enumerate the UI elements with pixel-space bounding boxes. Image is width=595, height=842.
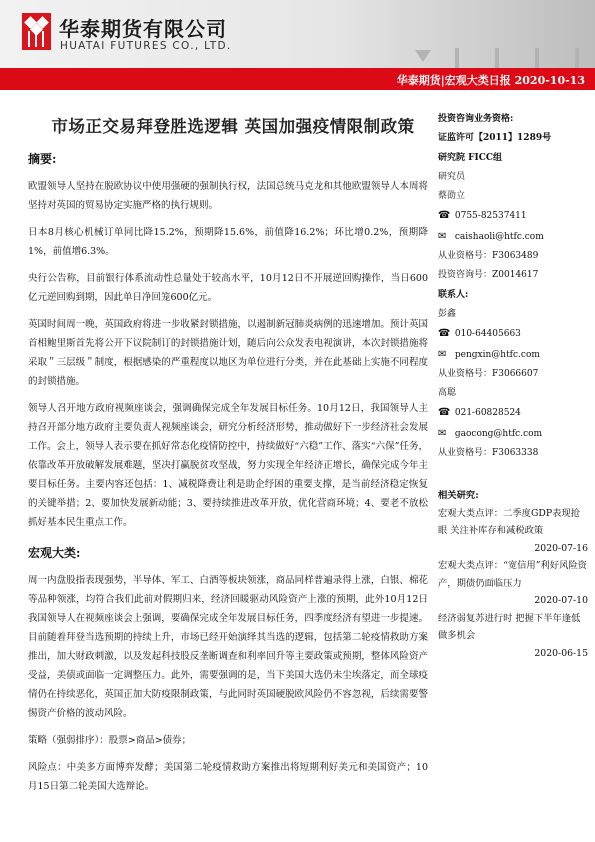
phone-icon: ☎ (438, 206, 452, 225)
macro-paragraph: 周一内盘股指表现强势，半导体、军工、白酒等板块领涨，商品同样普遍录得上涨，白银、… (28, 571, 428, 723)
research-group: 研究院 FICC组 (438, 149, 588, 168)
huatai-logo-icon (22, 13, 51, 50)
researcher-consult-no: 投资咨询号：Z0014617 (438, 266, 588, 285)
researcher-practice-no: 从业资格号：F3063489 (438, 247, 588, 266)
researcher-name: 蔡劭立 (438, 187, 588, 206)
header-decoration-icon (395, 40, 595, 68)
related-research: 相关研究: 宏观大类点评：二季度GDP表现抢眼 关注补库存和减税政策 2020-… (438, 487, 588, 662)
summary-paragraph: 欧盟领导人坚持在脱欧协议中使用强硬的强制执行权，法国总统马克龙和其他欧盟领导人本… (28, 177, 428, 215)
related-item-title[interactable]: 宏观大类点评：二季度GDP表现抢眼 关注补库存和减税政策 (438, 505, 588, 540)
summary-paragraph: 领导人召开地方政府视频座谈会，强调确保完成全年发展目标任务。10月12日，我国领… (28, 399, 428, 532)
related-item-title[interactable]: 经济弱复苏进行时 把握下半年逢低做多机会 (438, 610, 588, 645)
phone-icon: ☎ (438, 324, 452, 343)
contact-practice-no: 从业资格号：F3066607 (438, 365, 588, 384)
researcher-email[interactable]: caishaoli@htfc.com (455, 232, 544, 242)
related-item-date: 2020-06-15 (438, 645, 588, 663)
contact-name: 彭鑫 (438, 305, 588, 324)
email-icon: ✉ (438, 227, 452, 246)
brand-name-en: HUATAI FUTURES CO., LTD. (60, 40, 232, 52)
related-label: 相关研究: (438, 487, 588, 505)
risk-paragraph: 风险点：中美多方面博弈发酵；美国第二轮疫情救助方案推出将短期利好美元和美国资产；… (28, 758, 428, 796)
phone-icon: ☎ (438, 403, 452, 422)
researcher-phone: 0755-82537411 (455, 211, 527, 221)
report-header: 华泰期货有限公司 HUATAI FUTURES CO., LTD. (0, 0, 595, 68)
qualification-label: 投资咨询业务资格: (438, 110, 588, 129)
related-item-date: 2020-07-10 (438, 592, 588, 610)
report-title: 市场正交易拜登胜选逻辑 英国加强疫情限制政策 (28, 113, 438, 137)
macro-heading: 宏观大类: (28, 544, 428, 563)
related-item-date: 2020-07-16 (438, 540, 588, 558)
contact-phone: 010-64405663 (455, 329, 521, 339)
report-banner-text: 华泰期货|宏观大类日报 2020-10-13 (397, 72, 585, 88)
strategy-paragraph: 策略（强弱排序）：股票>商品>债券； (28, 731, 428, 750)
analyst-sidebar: 投资咨询业务资格: 证监许可【2011】1289号 研究院 FICC组 研究员 … (438, 110, 588, 463)
main-content: 摘要: 欧盟领导人坚持在脱欧协议中使用强硬的强制执行权，法国总统马克龙和其他欧盟… (28, 150, 428, 804)
related-item-title[interactable]: 宏观大类点评：“宽信用”利好风险资产，期债仍面临压力 (438, 557, 588, 592)
contact-phone: 021-60828524 (455, 408, 521, 418)
email-icon: ✉ (438, 345, 452, 364)
brand-name-cn: 华泰期货有限公司 (59, 13, 227, 42)
researcher-title: 研究员 (438, 168, 588, 187)
summary-paragraph: 央行公告称，目前银行体系流动性总量处于较高水平，10月12日不开展逆回购操作，当… (28, 269, 428, 307)
license-number: 证监许可【2011】1289号 (438, 129, 588, 148)
summary-paragraph: 英国时间周一晚，英国政府将进一步收紧封锁措施，以遏制新冠肺炎病例的迅速增加。预计… (28, 315, 428, 391)
email-icon: ✉ (438, 424, 452, 443)
contact-practice-no: 从业资格号：F3063338 (438, 444, 588, 463)
contact-email[interactable]: pengxin@htfc.com (455, 350, 540, 360)
contacts-label: 联系人: (438, 286, 588, 305)
summary-heading: 摘要: (28, 150, 428, 169)
summary-paragraph: 日本8月核心机械订单同比降15.2%，预期降15.6%，前值降16.2%；环比增… (28, 223, 428, 261)
contact-name: 高聪 (438, 384, 588, 403)
contact-email[interactable]: gaocong@htfc.com (455, 429, 542, 439)
